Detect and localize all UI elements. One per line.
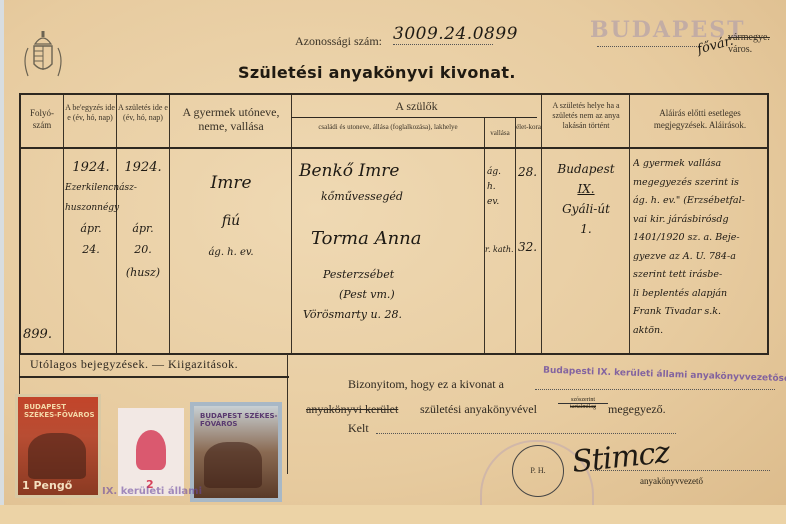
- kelt-line: [376, 433, 676, 434]
- father-religion: ág. h. ev.: [487, 165, 501, 210]
- stamp-overprint: IX. kerületi állami: [102, 486, 202, 497]
- city-line: [597, 46, 701, 47]
- cert-struck: anyakönyvi kerület: [306, 402, 398, 417]
- birthplace: Budapest IX. Gyáli-út 1.: [543, 159, 629, 239]
- cell-szuletes: 1924. ápr. 20. (husz): [117, 157, 169, 286]
- remarks: A gyermek vallása megegyezés szerint is …: [633, 155, 771, 340]
- signer-title: anyakönyvvezető: [640, 476, 703, 486]
- cert-line2-end: megegyező.: [608, 402, 666, 417]
- father-age: 28.: [518, 165, 537, 179]
- header-szuletes-helye: A születés helye ha a születés nem az an…: [543, 101, 629, 131]
- equestrian-statue-icon: [204, 442, 262, 488]
- header-gyermek: A gyermek utóneve, neme, vallása: [171, 105, 291, 133]
- cert-line1: Bizonyitom, hogy ez a kivonat a: [348, 377, 504, 392]
- header-megjegyzes: Aláirás előtti esetleges megjegyzések. A…: [633, 107, 767, 131]
- cert-line2: születési anyakönyvével: [420, 402, 537, 417]
- scan-bottom-margin: [0, 505, 786, 524]
- header-szulok: A szülők: [292, 99, 541, 113]
- header-folyoszam: Folyó-szám: [21, 107, 63, 131]
- header-szulok-vallasa: vallása: [485, 128, 515, 138]
- mother-name: Torma Anna: [311, 228, 422, 249]
- id-label: Azonossági szám:: [295, 34, 382, 49]
- revenue-stamp-2: 2: [118, 408, 184, 496]
- equestrian-statue-icon: [28, 433, 86, 479]
- city-type-struck: vármegye.: [728, 32, 770, 43]
- scan-edge: [0, 0, 4, 524]
- header-szulok-nev: családi és utoneve, állása (foglalkozása…: [293, 123, 483, 132]
- addendum-heading: Utólagos bejegyzések. — Kiigazitások.: [30, 357, 238, 372]
- mother-religion: r. kath.: [485, 245, 514, 254]
- revenue-stamp-1-pengo: BUDAPEST SZÉKES-FŐVÁROS 1 Pengő: [15, 394, 101, 498]
- father-name: Benkő Imre: [299, 161, 399, 181]
- cell-folyoszam: 899.: [23, 327, 52, 342]
- father-occupation: kőművessegéd: [321, 190, 403, 203]
- document-title: Születési anyakönyvi kivonat.: [238, 63, 516, 82]
- header-szuletes: A születés ide e (év, hó, nap): [117, 103, 169, 123]
- residence: Pesterzsébet (Pest vm.) Vörösmarty u. 28…: [323, 265, 402, 325]
- saint-figure-icon: [136, 430, 166, 470]
- revenue-stamp-3: BUDAPEST SZÉKES-FŐVÁROS: [190, 402, 282, 502]
- cert-fraction: szószerint tartalmilag: [558, 397, 608, 410]
- cell-gyermek: Imre fiú ág. h. ev.: [171, 173, 291, 258]
- coat-of-arms-icon: [20, 30, 66, 82]
- header-szulok-eletkora: élet-kora: [516, 123, 541, 132]
- header-bejegyzes: A be'egyzés ide e (év, hó, nap): [64, 103, 116, 123]
- kelt-label: Kelt: [348, 421, 369, 436]
- cell-bejegyzes: 1924. Ezerkilencnász- huszonnégy ápr. 24…: [65, 157, 117, 260]
- id-value: 3009.24.0899: [393, 24, 493, 45]
- city-type: város.: [728, 44, 752, 55]
- mother-age: 32.: [518, 240, 537, 254]
- seal-placeholder: P. H.: [512, 445, 564, 497]
- birth-register-table: Folyó-szám A be'egyzés ide e (év, hó, na…: [19, 93, 769, 355]
